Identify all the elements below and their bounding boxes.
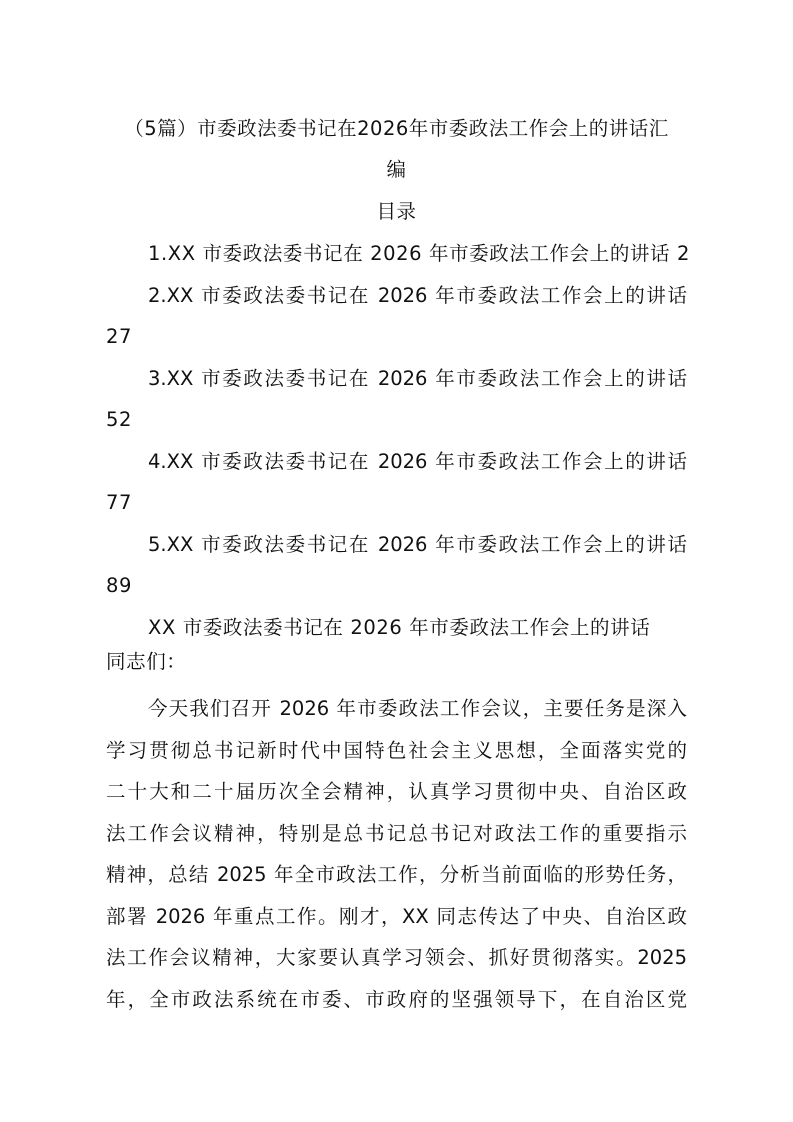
toc-entry-2-page: 27	[106, 325, 132, 349]
toc-entry-1[interactable]: 1.XX 市委政法委书记在 2026 年市委政法工作会上的讲话 2	[148, 242, 690, 266]
toc-entry-5[interactable]: 5.XX 市委政法委书记在 2026 年市委政法工作会上的讲话	[148, 533, 687, 557]
body-line-1: 今天我们召开 2026 年市委政法工作会议，主要任务是深入	[148, 697, 687, 721]
document-page: （5篇）市委政法委书记在2026年市委政法工作会上的讲话汇 编 目录 1.XX …	[0, 0, 793, 1122]
salutation: 同志们：	[106, 650, 186, 674]
toc-entry-2[interactable]: 2.XX 市委政法委书记在 2026 年市委政法工作会上的讲话	[148, 284, 687, 308]
body-line-3: 二十大和二十届历次全会精神，认真学习贯彻中央、自治区政	[106, 780, 687, 804]
body-line-5: 精神，总结 2025 年全市政法工作，分析当前面临的形势任务，	[106, 863, 687, 887]
body-line-4: 法工作会议精神，特别是总书记总书记对政法工作的重要指示	[106, 822, 687, 846]
toc-entry-5-page: 89	[106, 574, 132, 598]
toc-entry-3[interactable]: 3.XX 市委政法委书记在 2026 年市委政法工作会上的讲话	[148, 367, 687, 391]
body-line-2: 学习贯彻总书记新时代中国特色社会主义思想，全面落实党的	[106, 739, 687, 763]
section-title: XX 市委政法委书记在 2026 年市委政法工作会上的讲话	[148, 616, 650, 640]
toc-heading: 目录	[0, 200, 793, 224]
body-line-6: 部署 2026 年重点工作。刚才，XX 同志传达了中央、自治区政	[106, 905, 687, 929]
toc-entry-4-page: 77	[106, 491, 132, 515]
toc-entry-4[interactable]: 4.XX 市委政法委书记在 2026 年市委政法工作会上的讲话	[148, 450, 687, 474]
document-title-line-1: （5篇）市委政法委书记在2026年市委政法工作会上的讲话汇	[0, 117, 793, 141]
body-line-8: 年，全市政法系统在市委、市政府的坚强领导下，在自治区党	[106, 988, 687, 1012]
body-line-7: 法工作会议精神，大家要认真学习领会、抓好贯彻落实。2025	[106, 946, 687, 970]
toc-entry-3-page: 52	[106, 408, 132, 432]
document-title-line-2: 编	[0, 158, 793, 182]
